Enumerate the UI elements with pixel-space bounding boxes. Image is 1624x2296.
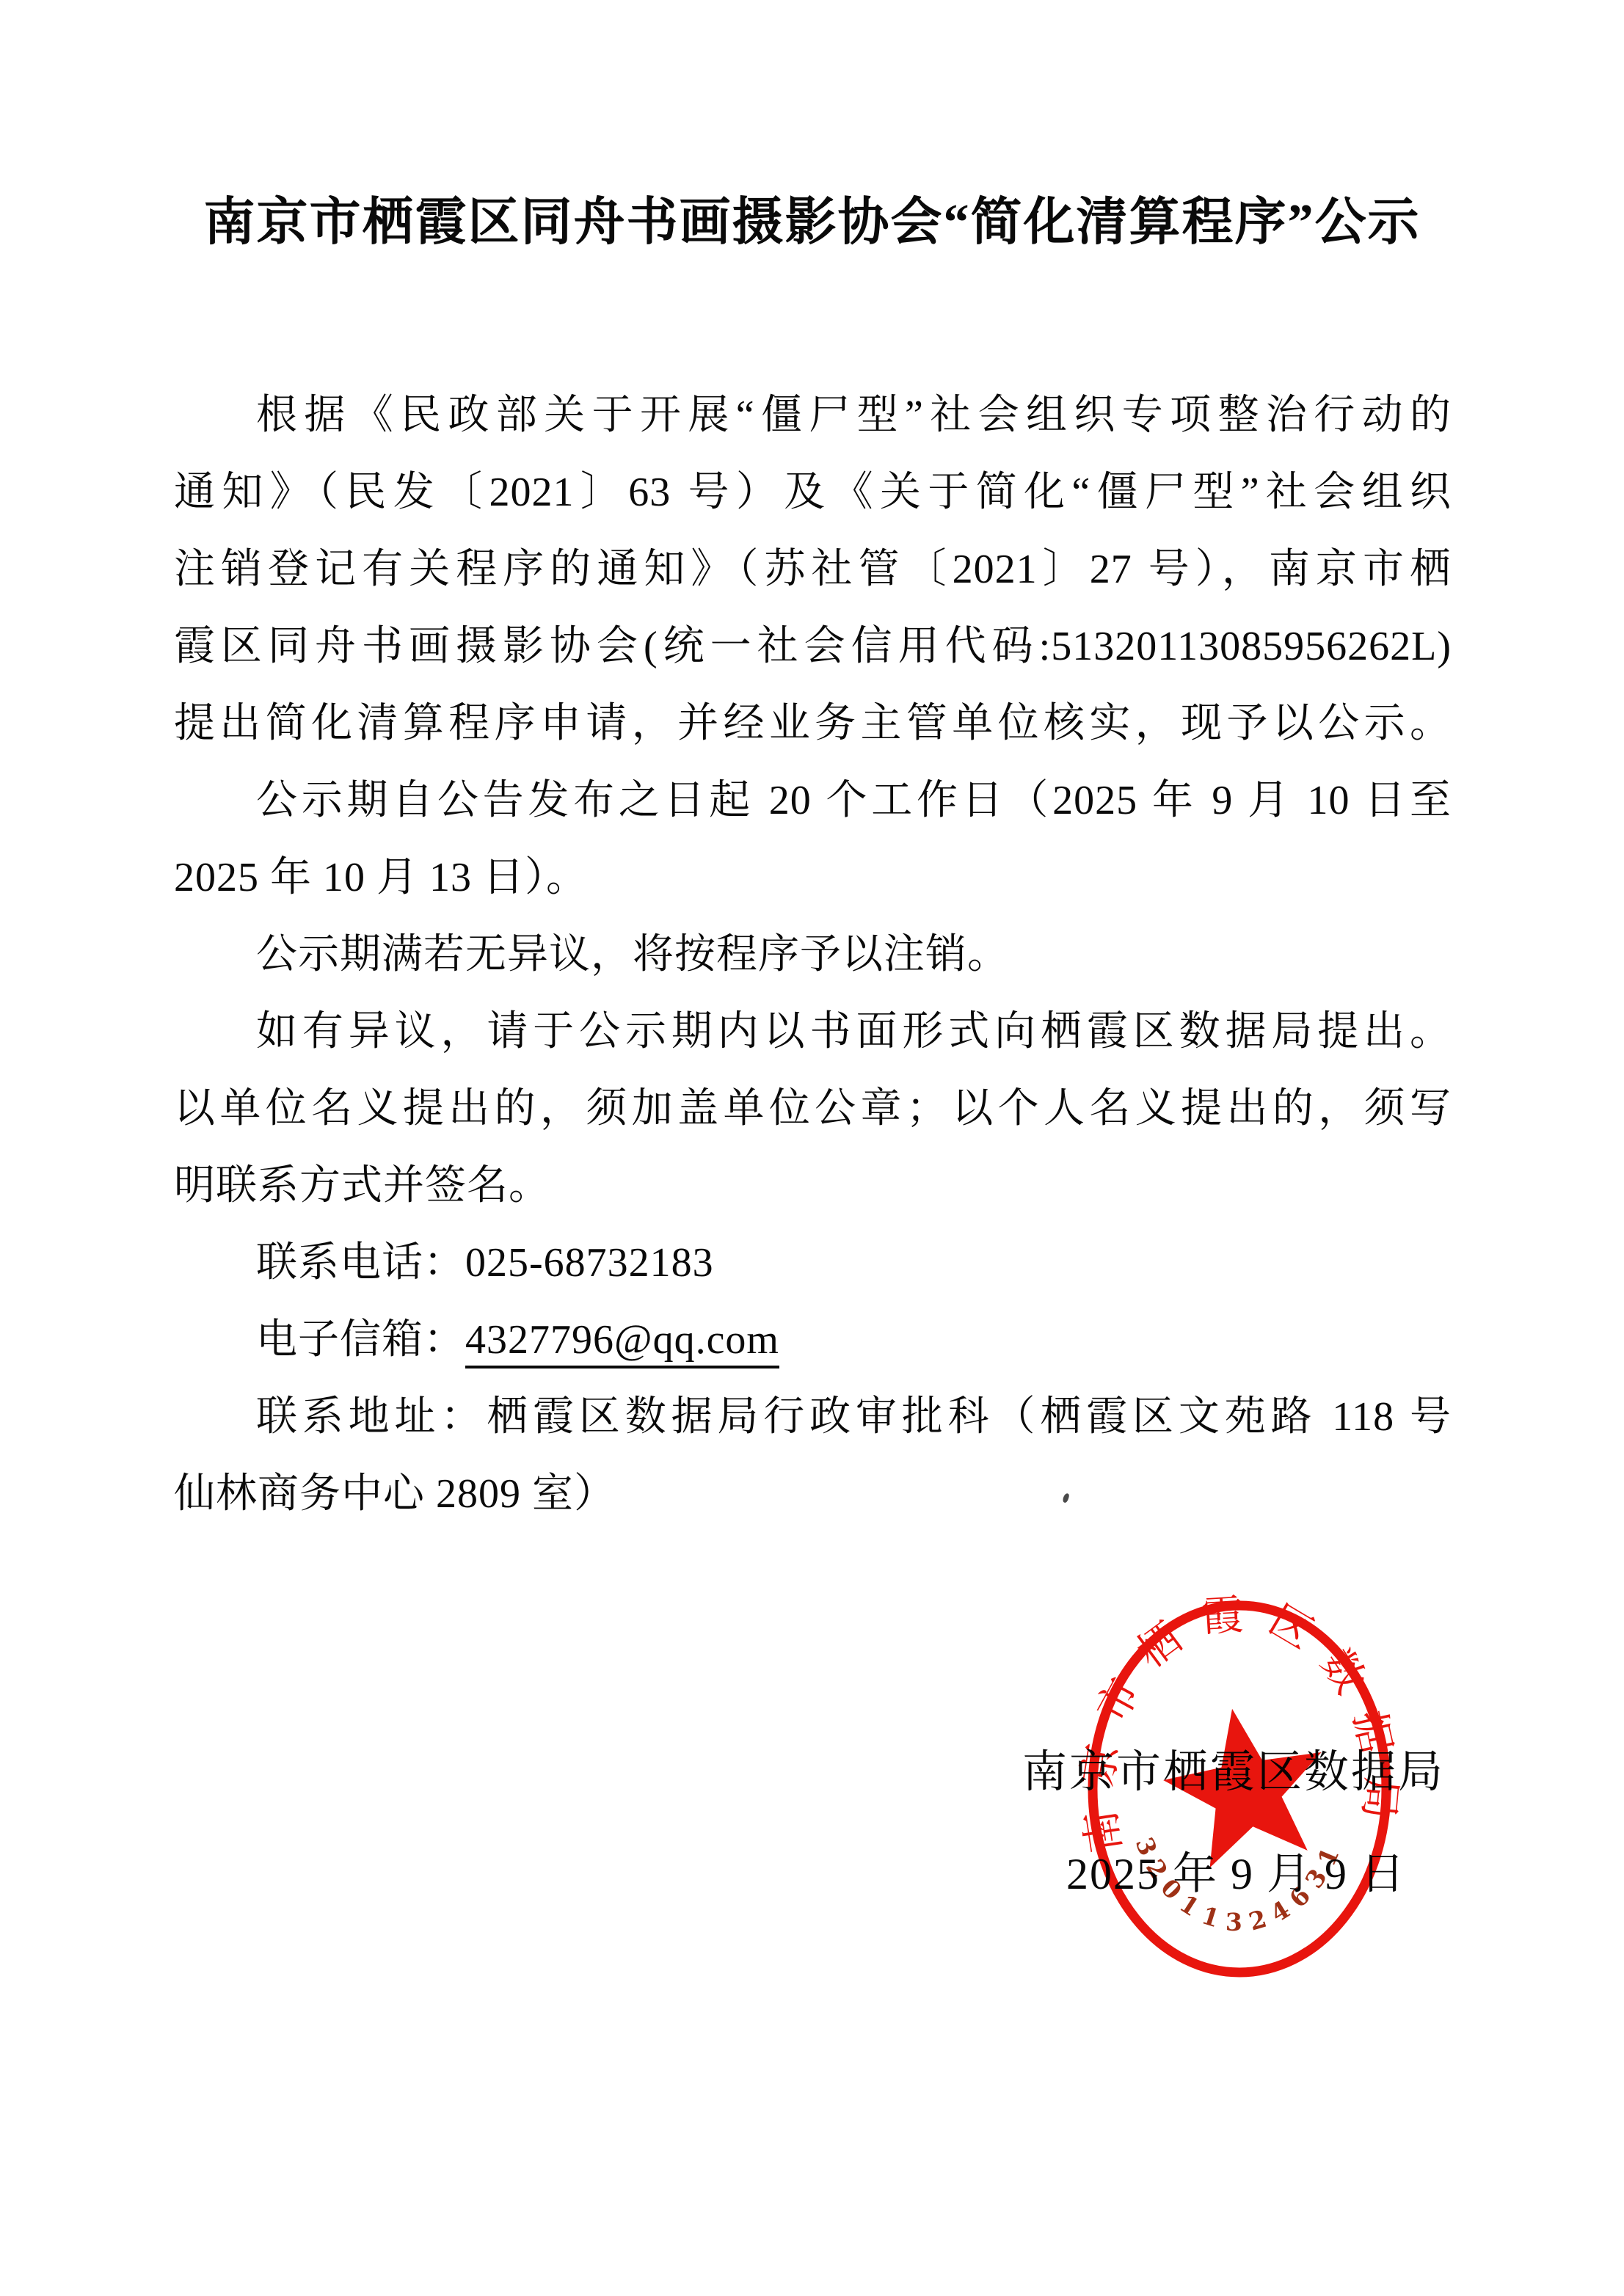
page-title: 南京市栖霞区同舟书画摄影协会“简化清算程序”公示 bbox=[0, 181, 1624, 255]
body-line: 注销登记有关程序的通知》（苏社管〔2021〕27 号），南京市栖 bbox=[174, 531, 1452, 608]
body-line: 以单位名义提出的，须加盖单位公章；以个人名义提出的，须写 bbox=[174, 1071, 1452, 1148]
body-line: 提出简化清算程序申请，并经业务主管单位核实，现予以公示。 bbox=[174, 685, 1452, 762]
contact-email-line: 电子信箱：4327796@qq.com bbox=[174, 1302, 1452, 1379]
body-line: 2025 年 10 月 13 日）。 bbox=[174, 839, 1452, 916]
star-icon bbox=[1153, 1695, 1338, 1873]
contact-phone-line: 联系电话：025-68732183 bbox=[174, 1225, 1452, 1302]
notice-document-page: 南京市栖霞区同舟书画摄影协会“简化清算程序”公示 根据《民政部关于开展“僵尸型”… bbox=[0, 0, 1624, 2296]
notice-body: 根据《民政部关于开展“僵尸型”社会组织专项整治行动的 通知》（民发〔2021〕6… bbox=[174, 377, 1452, 1533]
email-label: 电子信箱： bbox=[256, 1317, 465, 1363]
body-line: 公示期满若无异议，将按程序予以注销。 bbox=[174, 916, 1452, 994]
body-line: 通知》（民发〔2021〕63 号）及《关于简化“僵尸型”社会组织 bbox=[174, 454, 1452, 531]
body-line: 明联系方式并签名。 bbox=[174, 1148, 1452, 1225]
body-line: 如有异议，请于公示期内以书面形式向栖霞区数据局提出。 bbox=[174, 994, 1452, 1071]
email-address: 4327796@qq.com bbox=[465, 1317, 779, 1369]
contact-address-line-2: 仙林商务中心 2809 室） bbox=[174, 1456, 1452, 1533]
official-seal: 南京市栖霞区数据局 3201132463171 bbox=[1077, 1589, 1402, 1989]
body-line: 根据《民政部关于开展“僵尸型”社会组织专项整治行动的 bbox=[174, 377, 1452, 454]
body-line: 公示期自公告发布之日起 20 个工作日（2025 年 9 月 10 日至 bbox=[174, 762, 1452, 839]
contact-address-line: 联系地址：栖霞区数据局行政审批科（栖霞区文苑路 118 号 bbox=[174, 1379, 1452, 1456]
body-line: 霞区同舟书画摄影协会(统一社会信用代码:51320113085956262L) bbox=[174, 608, 1452, 685]
